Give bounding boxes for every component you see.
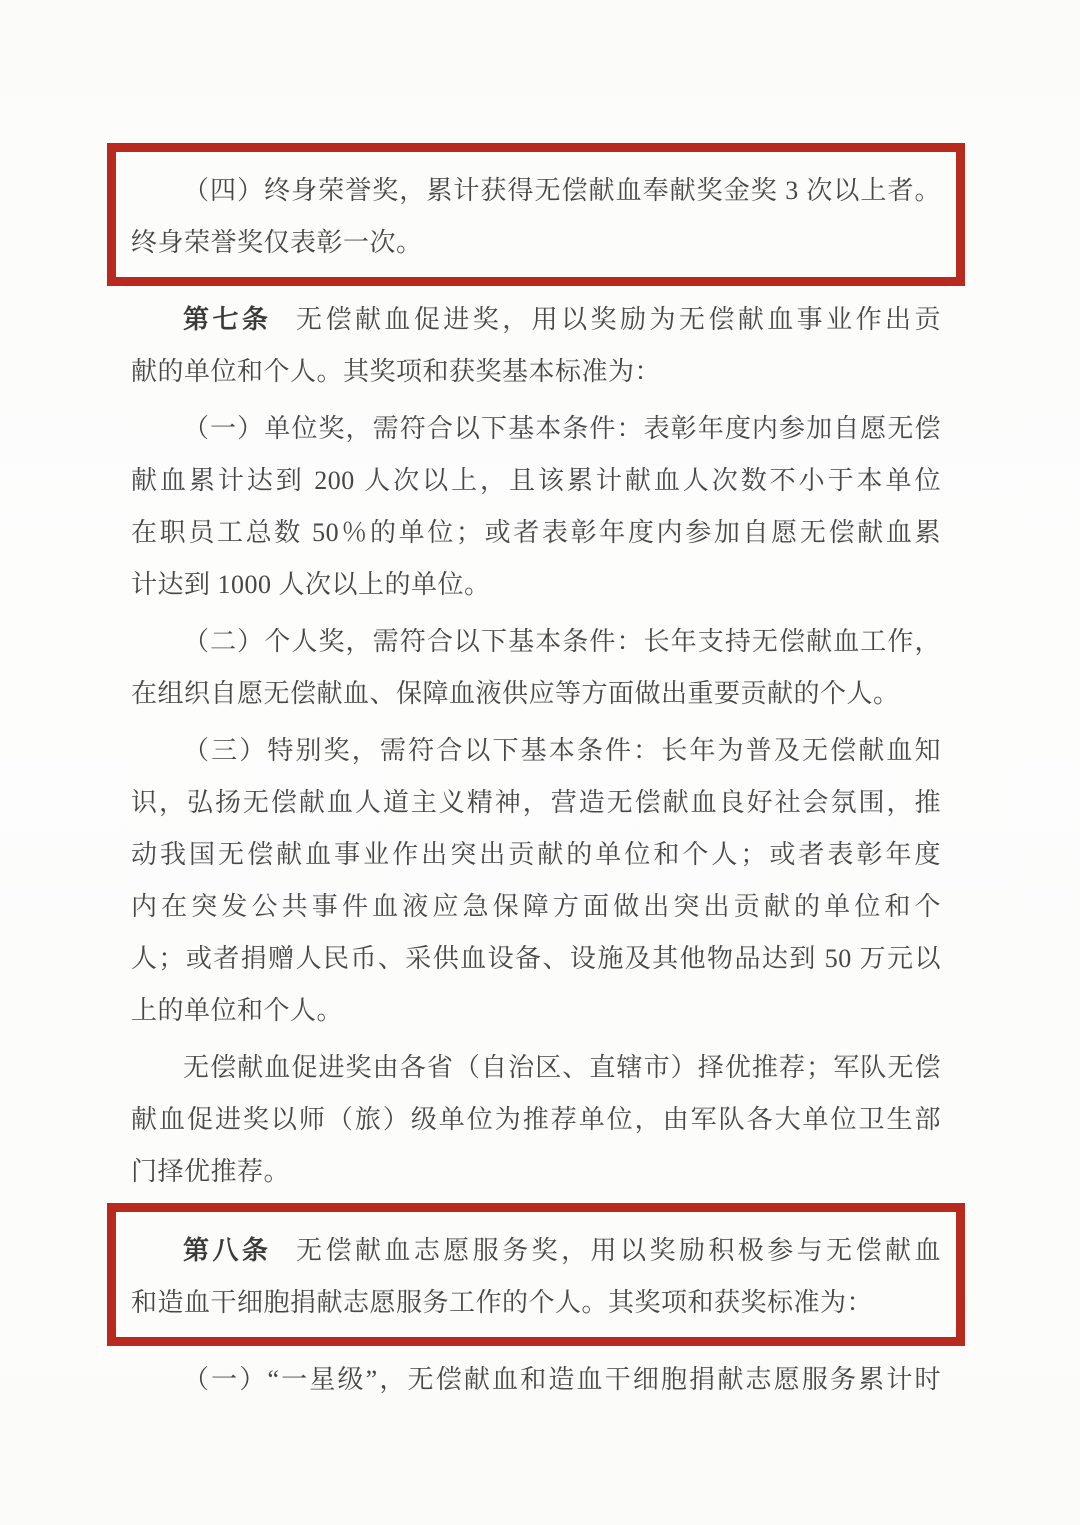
document-page: （四）终身荣誉奖，累计获得无偿献血奉献奖金奖 3 次以上者。终身荣誉奖仅表彰一次… bbox=[0, 0, 1080, 1525]
text-line: （三）特别奖，需符合以下基本条件：长年为普及无偿献血知 bbox=[131, 725, 941, 777]
text-line: 献血累计达到 200 人次以上，且该累计献血人次数不小于本单位 bbox=[131, 455, 941, 507]
article-7-item-3-special-award: （三）特别奖，需符合以下基本条件：长年为普及无偿献血知识，弘扬无偿献血人道主义精… bbox=[131, 725, 941, 1037]
text-line: 无偿献血促进奖由各省（自治区、直辖市）择优推荐；军队无偿 bbox=[131, 1042, 941, 1094]
document-body: （四）终身荣誉奖，累计获得无偿献血奉献奖金奖 3 次以上者。终身荣誉奖仅表彰一次… bbox=[131, 143, 941, 1406]
text-line: 第八条无偿献血志愿服务奖，用以奖励积极参与无偿献血 bbox=[131, 1225, 941, 1277]
text-line: 上的单位和个人。 bbox=[131, 985, 941, 1037]
text-line: 识，弘扬无偿献血人道主义精神，营造无偿献血良好社会氛围，推 bbox=[131, 777, 941, 829]
text-line: 内在突发公共事件血液应急保障方面做出突出贡献的单位和个 bbox=[131, 881, 941, 933]
article-8-volunteer-service-award: 第八条无偿献血志愿服务奖，用以奖励积极参与无偿献血和造血干细胞捐献志愿服务工作的… bbox=[131, 1225, 941, 1329]
text-line: （一）单位奖，需符合以下基本条件：表彰年度内参加自愿无偿 bbox=[131, 403, 941, 455]
article-8-item-1-one-star: （一）“一星级”，无偿献血和造血干细胞捐献志愿服务累计时 bbox=[131, 1354, 941, 1406]
text-line: 在职员工总数 50％的单位；或者表彰年度内参加自愿无偿献血累 bbox=[131, 507, 941, 559]
text-line: 在组织自愿无偿献血、保障血液供应等方面做出重要贡献的个人。 bbox=[131, 668, 941, 720]
text-line: 终身荣誉奖仅表彰一次。 bbox=[131, 217, 941, 269]
text-line: 献血促进奖以师（旅）级单位为推荐单位，由军队各大单位卫生部 bbox=[131, 1094, 941, 1146]
text-line: 人；或者捐赠人民币、采供血设备、设施及其他物品达到 50 万元以 bbox=[131, 933, 941, 985]
article-number: 第八条 bbox=[183, 1236, 271, 1265]
text-line: （一）“一星级”，无偿献血和造血干细胞捐献志愿服务累计时 bbox=[131, 1354, 941, 1406]
text-line: （四）终身荣誉奖，累计获得无偿献血奉献奖金奖 3 次以上者。 bbox=[131, 165, 941, 217]
text-line: （二）个人奖，需符合以下基本条件：长年支持无偿献血工作， bbox=[131, 616, 941, 668]
clause-four-lifetime-honor-award: （四）终身荣誉奖，累计获得无偿献血奉献奖金奖 3 次以上者。终身荣誉奖仅表彰一次… bbox=[131, 165, 941, 269]
text-line: 动我国无偿献血事业作出突出贡献的单位和个人；或者表彰年度 bbox=[131, 829, 941, 881]
highlight-box: 第八条无偿献血志愿服务奖，用以奖励积极参与无偿献血和造血干细胞捐献志愿服务工作的… bbox=[107, 1203, 965, 1346]
article-7-item-1-unit-award: （一）单位奖，需符合以下基本条件：表彰年度内参加自愿无偿献血累计达到 200 人… bbox=[131, 403, 941, 611]
article-number: 第七条 bbox=[183, 305, 271, 334]
text-line: 献的单位和个人。其奖项和获奖基本标准为： bbox=[131, 346, 941, 398]
text-line: 和造血干细胞捐献志愿服务工作的个人。其奖项和获奖标准为： bbox=[131, 1277, 941, 1329]
article-7-promotion-award: 第七条无偿献血促进奖，用以奖励为无偿献血事业作出贡献的单位和个人。其奖项和获奖基… bbox=[131, 294, 941, 398]
highlight-box: （四）终身荣誉奖，累计获得无偿献血奉献奖金奖 3 次以上者。终身荣誉奖仅表彰一次… bbox=[107, 143, 965, 286]
article-7-recommendation-rule: 无偿献血促进奖由各省（自治区、直辖市）择优推荐；军队无偿献血促进奖以师（旅）级单… bbox=[131, 1042, 941, 1198]
article-7-item-2-individual-award: （二）个人奖，需符合以下基本条件：长年支持无偿献血工作，在组织自愿无偿献血、保障… bbox=[131, 616, 941, 720]
text-line: 计达到 1000 人次以上的单位。 bbox=[131, 559, 941, 611]
text-line: 门择优推荐。 bbox=[131, 1146, 941, 1198]
text-line: 第七条无偿献血促进奖，用以奖励为无偿献血事业作出贡 bbox=[131, 294, 941, 346]
